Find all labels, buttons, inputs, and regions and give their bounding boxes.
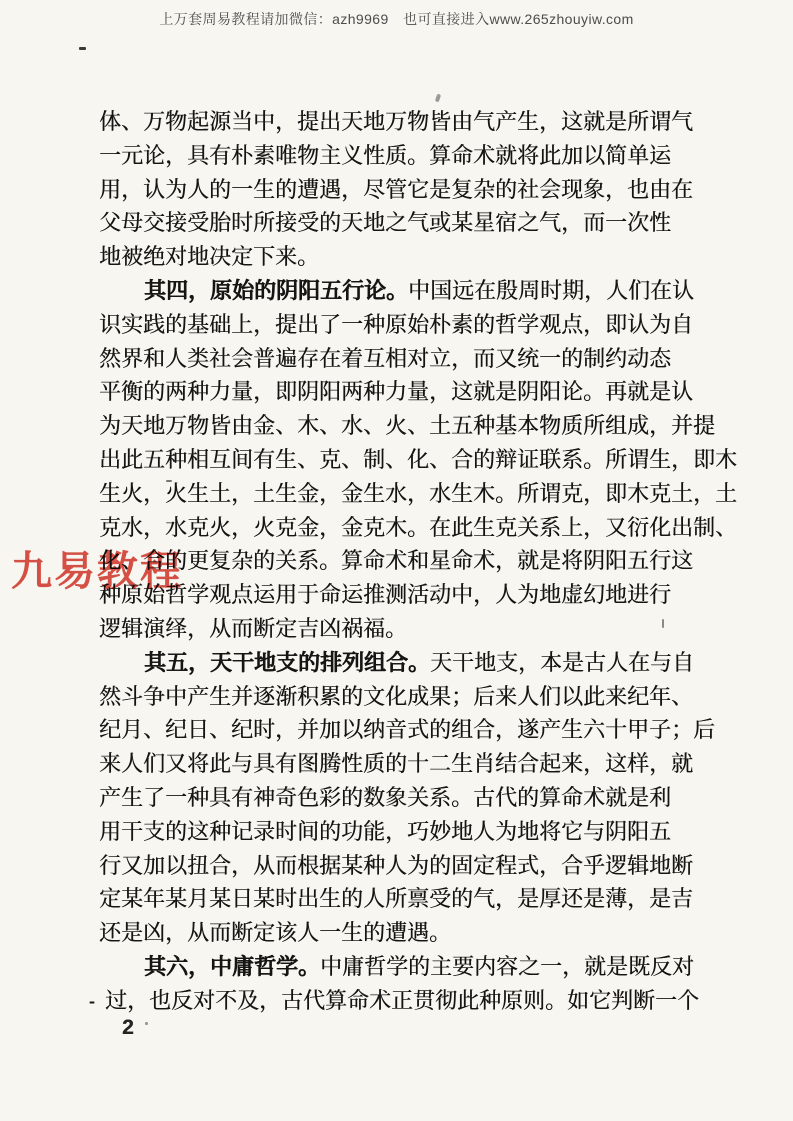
line-text: 还是凶，从而断定该人一生的遭遇。 [99,920,451,945]
body-text: 体、万物起源当中，提出天地万物皆由气产生，这就是所谓气一元论，具有朴素唯物主义性… [99,105,695,1018]
text-line: 一元论，具有朴素唯物主义性质。算命术就将此加以简单运 [99,139,695,173]
line-text: 然斗争中产生并逐渐积累的文化成果；后来人们以此来纪年、 [99,684,693,709]
line-text: 识实践的基础上，提出了一种原始朴素的哲学观点，即认为自 [99,312,693,337]
line-text: 一元论，具有朴素唯物主义性质。算命术就将此加以简单运 [99,143,671,168]
text-line: 出此五种相互间有生、克、制、化、合的辩证联系。所谓生，即木 [99,443,695,477]
text-line: 化、合的更复杂的关系。算命术和星命术，就是将阴阳五行这 [99,544,695,578]
line-text: 用，认为人的一生的遭遇，尽管它是复杂的社会现象，也由在 [99,177,693,202]
line-text: 中国远在殷周时期，人们在认 [408,278,694,303]
text-line: 种原始哲学观点运用于命运推测活动中，人为地虚幻地进行 [99,578,695,612]
line-text: 中庸哲学的主要内容之一，就是既反对 [320,954,694,979]
text-line: -过，也反对不及，古代算命术正贯彻此种原则。如它判断一个 [99,984,695,1018]
text-line: 体、万物起源当中，提出天地万物皆由气产生，这就是所谓气 [99,105,695,139]
scan-speck [435,94,441,103]
page-number: 2 [122,1016,134,1040]
watermark-text: 九易教程 [11,538,183,597]
text-line: 行又加以扭合，从而根据某种人为的固定程式，合乎逻辑地断 [99,849,695,883]
section-heading: 其四，原始的阴阳五行论。 [144,278,408,303]
line-text: 化、合的更复杂的关系。算命术和星命术，就是将阴阳五行这 [99,548,693,573]
text-line: 定某年某月某日某时出生的人所禀受的气，是厚还是薄，是吉 [99,882,695,916]
line-text: 生火，火生土，土生金，金生水，水生木。所谓克，即木克土，土 [99,481,737,506]
scan-speck [145,1022,148,1025]
text-line: 用，认为人的一生的遭遇，尽管它是复杂的社会现象，也由在 [99,173,695,207]
line-text: 纪月、纪日、纪时，并加以纳音式的组合，遂产生六十甲子；后 [99,717,715,742]
line-text: 用干支的这种记录时间的功能，巧妙地人为地将它与阴阳五 [99,819,671,844]
line-text: 平衡的两种力量，即阴阳两种力量，这就是阴阳论。再就是认 [99,379,693,404]
text-line: 识实践的基础上，提出了一种原始朴素的哲学观点，即认为自 [99,308,695,342]
text-line: 还是凶，从而断定该人一生的遭遇。 [99,916,695,950]
line-text: 体、万物起源当中，提出天地万物皆由气产生，这就是所谓气 [99,109,693,134]
line-text: 为天地万物皆由金、木、水、火、土五种基本物质所组成，并提 [99,413,715,438]
text-line: 来人们又将此与具有图腾性质的十二生肖结合起来，这样，就 [99,747,695,781]
text-line: 产生了一种具有神奇色彩的数象关系。古代的算命术就是利 [99,781,695,815]
section-heading: 其六，中庸哲学。 [144,954,320,979]
line-text: 定某年某月某日某时出生的人所禀受的气，是厚还是薄，是吉 [99,886,693,911]
text-line: 其五，天干地支的排列组合。天干地支，本是古人在与自 [99,646,695,680]
line-text: 天干地支，本是古人在与自 [430,650,694,675]
text-line: 其六，中庸哲学。中庸哲学的主要内容之一，就是既反对 [99,950,695,984]
text-line: 逻辑演绎，从而断定吉凶祸福。 [99,612,695,646]
text-line: 其四，原始的阴阳五行论。中国远在殷周时期，人们在认 [99,274,695,308]
text-line: 地被绝对地决定下来。 [99,240,695,274]
header-ad-text: 上万套周易教程请加微信：azh9969 也可直接进入www.265zhouyiw… [0,9,793,29]
line-text: 行又加以扭合，从而根据某种人为的固定程式，合乎逻辑地断 [99,853,693,878]
line-text: 逻辑演绎，从而断定吉凶祸福。 [99,616,407,641]
text-line: 然界和人类社会普遍存在着互相对立，而又统一的制约动态 [99,342,695,376]
text-line: 父母交接受胎时所接受的天地之气或某星宿之气，而一次性 [99,206,695,240]
line-text: 地被绝对地决定下来。 [99,244,319,269]
scan-speck [79,47,86,50]
section-heading: 其五，天干地支的排列组合。 [144,650,430,675]
line-text: 来人们又将此与具有图腾性质的十二生肖结合起来，这样，就 [99,751,693,776]
line-text: 然界和人类社会普遍存在着互相对立，而又统一的制约动态 [99,346,671,371]
line-text: 出此五种相互间有生、克、制、化、合的辩证联系。所谓生，即木 [99,447,737,472]
margin-dash: - [89,985,105,1019]
text-line: 用干支的这种记录时间的功能，巧妙地人为地将它与阴阳五 [99,815,695,849]
line-text: 父母交接受胎时所接受的天地之气或某星宿之气，而一次性 [99,210,671,235]
line-text: 产生了一种具有神奇色彩的数象关系。古代的算命术就是利 [99,785,671,810]
text-line: 克水，水克火，火克金，金克木。在此生克关系上，又衍化出制、 [99,511,695,545]
text-line: 为天地万物皆由金、木、水、火、土五种基本物质所组成，并提 [99,409,695,443]
line-text: 克水，水克火，火克金，金克木。在此生克关系上，又衍化出制、 [99,515,737,540]
text-line: 生火，火生土，土生金，金生水，水生木。所谓克，即木克土，土 [99,477,695,511]
text-line: 然斗争中产生并逐渐积累的文化成果；后来人们以此来纪年、 [99,680,695,714]
line-text: 种原始哲学观点运用于命运推测活动中，人为地虚幻地进行 [99,582,671,607]
scanned-book-page: 上万套周易教程请加微信：azh9969 也可直接进入www.265zhouyiw… [0,0,793,1121]
line-text: 过，也反对不及，古代算命术正贯彻此种原则。如它判断一个 [105,988,699,1013]
text-line: 平衡的两种力量，即阴阳两种力量，这就是阴阳论。再就是认 [99,375,695,409]
text-line: 纪月、纪日、纪时，并加以纳音式的组合，遂产生六十甲子；后 [99,713,695,747]
